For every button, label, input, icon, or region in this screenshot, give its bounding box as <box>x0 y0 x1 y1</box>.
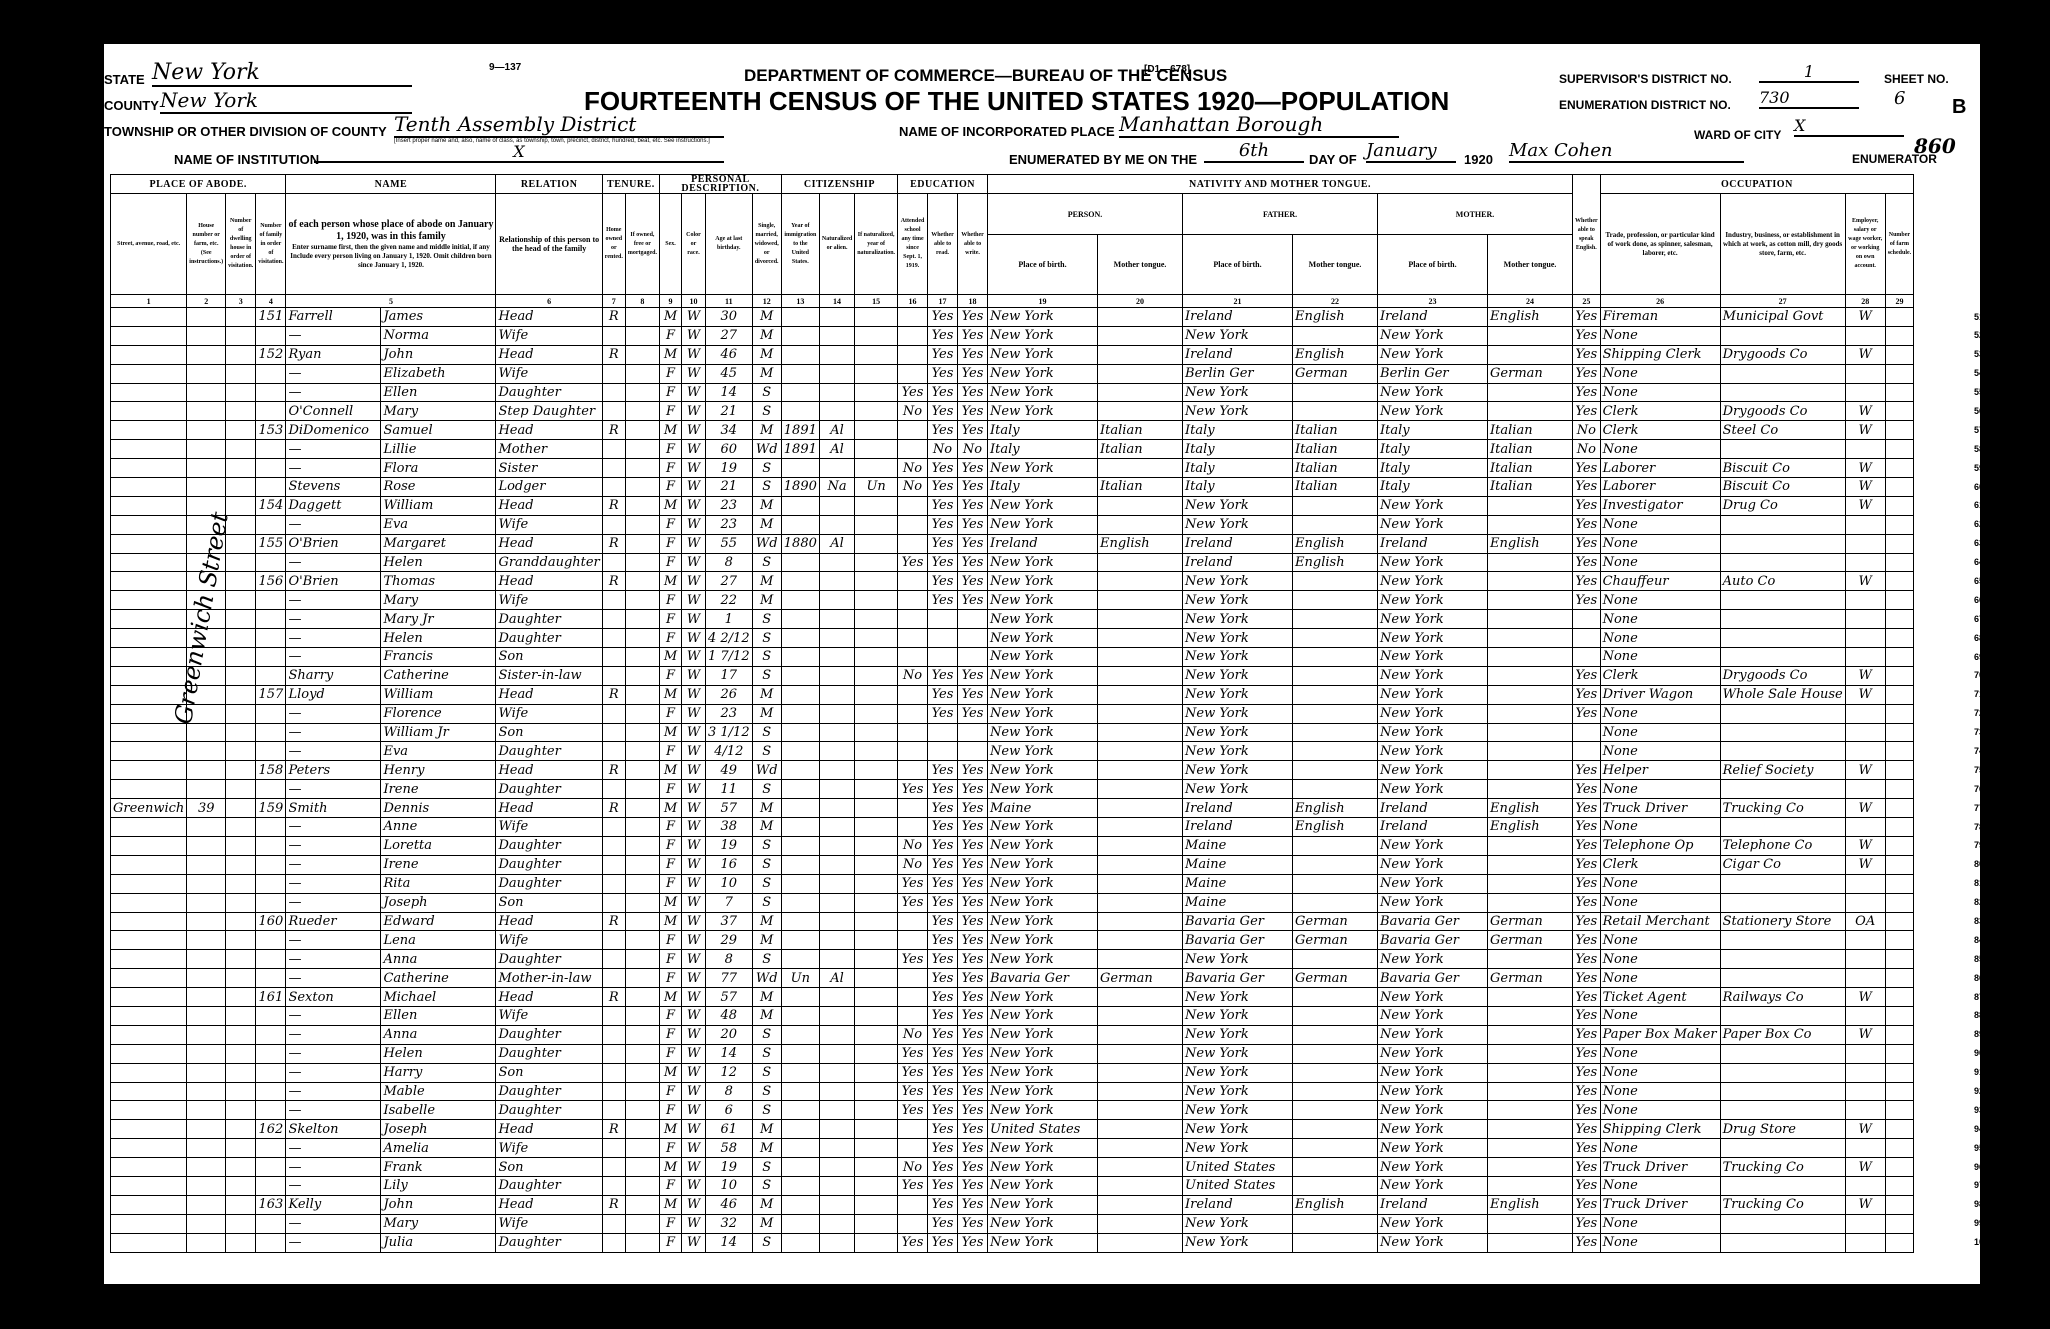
census-table: PLACE OF ABODE. NAME RELATION TENURE. PE… <box>110 174 1914 1253</box>
day-of-label: DAY OF <box>1309 152 1357 167</box>
relation-cell: Daughter <box>496 855 602 874</box>
mother-birthplace-cell: New York <box>1378 950 1488 969</box>
family-number-cell <box>256 1082 286 1101</box>
given-name-cell: Flora <box>381 459 496 478</box>
group-education: EDUCATION <box>898 175 988 194</box>
line-number: 88 <box>1974 1010 1984 1020</box>
father-tongue-cell <box>1293 1101 1378 1120</box>
line-number: 97 <box>1974 1180 1984 1190</box>
mother-tongue-cell <box>1098 402 1183 421</box>
industry-cell <box>1720 969 1845 988</box>
read-cell: Yes <box>928 591 958 610</box>
write-cell: Yes <box>958 364 988 383</box>
immigration-year-cell <box>781 402 819 421</box>
given-name-cell: Rita <box>381 874 496 893</box>
given-name-cell: Eva <box>381 742 496 761</box>
sex-cell: F <box>660 1082 682 1101</box>
tenure-cell <box>602 950 625 969</box>
naturalized-cell <box>819 931 854 950</box>
read-cell: Yes <box>928 326 958 345</box>
col-dwelling: Number of dwelling house in order of vis… <box>226 194 256 295</box>
dwelling-number-cell <box>226 402 256 421</box>
industry-cell: Telephone Co <box>1720 836 1845 855</box>
tenure-cell <box>602 364 625 383</box>
owned-free-cell <box>625 742 659 761</box>
house-number-cell <box>187 1101 226 1120</box>
street-cell <box>111 478 187 497</box>
census-row: 156O'BrienThomasHeadRMW27MYesYesNew York… <box>111 572 1914 591</box>
tenure-cell <box>602 1139 625 1158</box>
read-cell <box>928 629 958 648</box>
father-birthplace-cell: New York <box>1183 402 1293 421</box>
father-birthplace-cell: New York <box>1183 496 1293 515</box>
occupation-code: 658 <box>1996 989 2021 1004</box>
owned-free-cell <box>625 478 659 497</box>
naturalization-year-cell <box>855 383 898 402</box>
birthplace-cell: New York <box>988 648 1098 667</box>
owned-free-cell <box>625 421 659 440</box>
surname-cell: — <box>286 364 381 383</box>
sex-cell: M <box>660 421 682 440</box>
naturalized-cell <box>819 742 854 761</box>
marital-status-cell: M <box>752 931 781 950</box>
owned-free-cell <box>625 1025 659 1044</box>
farm-schedule-cell <box>1885 950 1914 969</box>
relation-cell: Head <box>496 534 602 553</box>
immigration-year-cell <box>781 818 819 837</box>
line-number: 66 <box>1974 595 1984 605</box>
father-birthplace-cell: Maine <box>1183 836 1293 855</box>
column-number-3: 3 <box>226 295 256 308</box>
family-number-cell <box>256 1063 286 1082</box>
relation-cell: Lodger <box>496 478 602 497</box>
house-number-cell <box>187 572 226 591</box>
attended-school-cell <box>898 685 928 704</box>
mother-mother-tongue-cell <box>1488 1120 1573 1139</box>
relation-cell: Head <box>496 496 602 515</box>
col-write: Whether able to write. <box>958 194 988 295</box>
mother-mother-tongue-cell <box>1488 553 1573 572</box>
mother-tongue-cell <box>1098 742 1183 761</box>
attended-school-cell <box>898 421 928 440</box>
family-number-cell <box>256 459 286 478</box>
father-tongue-cell <box>1293 629 1378 648</box>
tenure-cell <box>602 893 625 912</box>
mother-birthplace-cell: New York <box>1378 610 1488 629</box>
col-father-tongue: Mother tongue. <box>1293 235 1378 295</box>
line-number: 75 <box>1974 765 1984 775</box>
occupation-cell: None <box>1600 1006 1720 1025</box>
street-cell <box>111 1082 187 1101</box>
tenure-cell <box>602 1082 625 1101</box>
immigration-year-cell <box>781 1176 819 1195</box>
relation-cell: Son <box>496 1158 602 1177</box>
house-number-cell <box>187 685 226 704</box>
speak-english-cell: Yes <box>1573 1063 1601 1082</box>
mother-mother-tongue-cell <box>1488 1101 1573 1120</box>
marital-status-cell: M <box>752 308 781 327</box>
speak-english-cell: Yes <box>1573 591 1601 610</box>
tenure-cell <box>602 969 625 988</box>
house-number-cell <box>187 893 226 912</box>
incorporated-value: Manhattan Borough <box>1119 112 1399 138</box>
group-nativity: NATIVITY AND MOTHER TONGUE. <box>988 175 1573 194</box>
birthplace-cell: New York <box>988 893 1098 912</box>
farm-schedule-cell <box>1885 799 1914 818</box>
class-of-worker-cell <box>1845 1233 1885 1252</box>
class-of-worker-cell <box>1845 648 1885 667</box>
farm-schedule-cell <box>1885 629 1914 648</box>
birthplace-cell: New York <box>988 818 1098 837</box>
dwelling-number-cell <box>226 780 256 799</box>
sex-cell: F <box>660 666 682 685</box>
class-of-worker-cell: W <box>1845 761 1885 780</box>
class-of-worker-cell: W <box>1845 666 1885 685</box>
surname-cell: — <box>286 629 381 648</box>
race-cell: W <box>682 1101 706 1120</box>
naturalized-cell <box>819 1120 854 1139</box>
immigration-year-cell <box>781 780 819 799</box>
mother-birthplace-cell: Bavaria Ger <box>1378 969 1488 988</box>
attended-school-cell: No <box>898 1158 928 1177</box>
age-cell: 57 <box>706 988 753 1007</box>
mother-tongue-cell <box>1098 988 1183 1007</box>
marital-status-cell: S <box>752 1063 781 1082</box>
birthplace-cell: New York <box>988 723 1098 742</box>
relation-cell: Daughter <box>496 1082 602 1101</box>
line-number: 51 <box>1974 312 1984 322</box>
father-tongue-cell <box>1293 572 1378 591</box>
farm-schedule-cell <box>1885 440 1914 459</box>
column-number-10: 10 <box>682 295 706 308</box>
census-row: —FrankSonMW19SNoYesYesNew YorkUnited Sta… <box>111 1158 1914 1177</box>
sex-cell: F <box>660 383 682 402</box>
sex-cell: M <box>660 761 682 780</box>
family-number-cell: 154 <box>256 496 286 515</box>
house-number-cell <box>187 1158 226 1177</box>
mother-tongue-cell <box>1098 1176 1183 1195</box>
mother-mother-tongue-cell <box>1488 704 1573 723</box>
given-name-cell: Mary <box>381 402 496 421</box>
speak-english-cell <box>1573 742 1601 761</box>
census-row: 163KellyJohnHeadRMW46MYesYesNew YorkIrel… <box>111 1195 1914 1214</box>
mother-tongue-cell <box>1098 1006 1183 1025</box>
speak-english-cell: Yes <box>1573 534 1601 553</box>
marital-status-cell: S <box>752 610 781 629</box>
dwelling-number-cell <box>226 912 256 931</box>
family-number-cell <box>256 704 286 723</box>
father-birthplace-cell: United States <box>1183 1176 1293 1195</box>
industry-cell: Biscuit Co <box>1720 459 1845 478</box>
house-number-cell <box>187 950 226 969</box>
occupation-cell: None <box>1600 1176 1720 1195</box>
industry-cell <box>1720 383 1845 402</box>
line-number: 62 <box>1974 519 1984 529</box>
immigration-year-cell <box>781 1025 819 1044</box>
class-of-worker-cell: W <box>1845 855 1885 874</box>
naturalization-year-cell <box>855 893 898 912</box>
mother-birthplace-cell: Bavaria Ger <box>1378 912 1488 931</box>
street-cell <box>111 780 187 799</box>
occupation-code: 994 <box>1996 422 2021 437</box>
age-cell: 61 <box>706 1120 753 1139</box>
street-cell <box>111 950 187 969</box>
tenure-cell: R <box>602 912 625 931</box>
immigration-year-cell <box>781 345 819 364</box>
birthplace-cell: New York <box>988 553 1098 572</box>
line-number: 56 <box>1974 406 1984 416</box>
mother-birthplace-cell: New York <box>1378 402 1488 421</box>
line-number: 89 <box>1974 1029 1984 1039</box>
read-cell <box>928 723 958 742</box>
family-number-cell <box>256 383 286 402</box>
class-of-worker-cell: W <box>1845 836 1885 855</box>
naturalization-year-cell <box>855 1082 898 1101</box>
speak-english-cell: Yes <box>1573 1158 1601 1177</box>
naturalized-cell <box>819 383 854 402</box>
street-cell <box>111 855 187 874</box>
house-number-cell <box>187 345 226 364</box>
line-number: 94 <box>1974 1124 1984 1134</box>
occupation-cell: None <box>1600 648 1720 667</box>
owned-free-cell <box>625 1176 659 1195</box>
owned-free-cell <box>625 515 659 534</box>
marital-status-cell: S <box>752 402 781 421</box>
immigration-year-cell <box>781 553 819 572</box>
street-cell <box>111 459 187 478</box>
surname-cell: — <box>286 1139 381 1158</box>
census-row: —HelenGranddaughterFW8SYesYesYesNew York… <box>111 553 1914 572</box>
read-cell: Yes <box>928 364 958 383</box>
street-cell <box>111 440 187 459</box>
house-number-cell <box>187 723 226 742</box>
age-cell: 23 <box>706 496 753 515</box>
industry-cell: Municipal Govt <box>1720 308 1845 327</box>
naturalization-year-cell <box>855 326 898 345</box>
census-row: 153DiDomenicoSamuelHeadRMW34M1891AlYesYe… <box>111 421 1914 440</box>
marital-status-cell: M <box>752 1195 781 1214</box>
relation-cell: Head <box>496 685 602 704</box>
relation-cell: Wife <box>496 931 602 950</box>
race-cell: W <box>682 1025 706 1044</box>
race-cell: W <box>682 308 706 327</box>
given-name-cell: Francis <box>381 648 496 667</box>
relation-cell: Head <box>496 1120 602 1139</box>
mother-birthplace-cell: New York <box>1378 1082 1488 1101</box>
class-of-worker-cell: OA <box>1845 912 1885 931</box>
occupation-cell: None <box>1600 1101 1720 1120</box>
mother-tongue-cell <box>1098 1195 1183 1214</box>
line-number: 59 <box>1974 463 1984 473</box>
given-name-cell: Anna <box>381 1025 496 1044</box>
naturalized-cell <box>819 761 854 780</box>
census-row: —IreneDaughterFW11SYesYesYesNew YorkNew … <box>111 780 1914 799</box>
mother-mother-tongue-cell <box>1488 723 1573 742</box>
census-row: —William JrSonMW3 1/12SNew YorkNew YorkN… <box>111 723 1914 742</box>
sex-cell: M <box>660 1158 682 1177</box>
farm-schedule-cell <box>1885 893 1914 912</box>
father-birthplace-cell: New York <box>1183 1063 1293 1082</box>
column-number-11: 11 <box>706 295 753 308</box>
father-birthplace-cell: New York <box>1183 1006 1293 1025</box>
race-cell: W <box>682 459 706 478</box>
census-row: O'ConnellMaryStep DaughterFW21SNoYesYesN… <box>111 402 1914 421</box>
read-cell: Yes <box>928 969 958 988</box>
farm-schedule-cell <box>1885 1176 1914 1195</box>
surname-cell: — <box>286 818 381 837</box>
farm-schedule-cell <box>1885 988 1914 1007</box>
write-cell: Yes <box>958 534 988 553</box>
read-cell: Yes <box>928 780 958 799</box>
mother-tongue-cell <box>1098 459 1183 478</box>
dwelling-number-cell <box>226 1120 256 1139</box>
column-number-27: 27 <box>1720 295 1845 308</box>
father-tongue-cell <box>1293 761 1378 780</box>
speak-english-cell: Yes <box>1573 666 1601 685</box>
tenure-cell <box>602 553 625 572</box>
class-of-worker-cell: W <box>1845 459 1885 478</box>
marital-status-cell: S <box>752 459 781 478</box>
census-row: —EvaDaughterFW4/12SNew YorkNew YorkNew Y… <box>111 742 1914 761</box>
marital-status-cell: S <box>752 1101 781 1120</box>
farm-schedule-cell <box>1885 345 1914 364</box>
age-cell: 45 <box>706 364 753 383</box>
class-of-worker-cell: W <box>1845 988 1885 1007</box>
street-cell <box>111 836 187 855</box>
read-cell: Yes <box>928 988 958 1007</box>
race-cell: W <box>682 742 706 761</box>
mother-birthplace-cell: New York <box>1378 496 1488 515</box>
write-cell: Yes <box>958 988 988 1007</box>
given-name-cell: John <box>381 345 496 364</box>
sex-cell: F <box>660 1139 682 1158</box>
attended-school-cell: No <box>898 855 928 874</box>
enumerated-label: ENUMERATED BY ME ON THE <box>1009 152 1197 167</box>
house-number-cell <box>187 818 226 837</box>
attended-school-cell <box>898 308 928 327</box>
immigration-year-cell <box>781 704 819 723</box>
father-tongue-cell <box>1293 326 1378 345</box>
surname-cell: — <box>286 553 381 572</box>
race-cell: W <box>682 383 706 402</box>
father-tongue-cell <box>1293 1120 1378 1139</box>
industry-cell: Auto Co <box>1720 572 1845 591</box>
column-number-13: 13 <box>781 295 819 308</box>
mother-birthplace-cell: New York <box>1378 836 1488 855</box>
owned-free-cell <box>625 1214 659 1233</box>
birthplace-cell: New York <box>988 855 1098 874</box>
surname-cell: O'Connell <box>286 402 381 421</box>
birthplace-cell: New York <box>988 383 1098 402</box>
census-row: —IreneDaughterFW16SNoYesYesNew YorkMaine… <box>111 855 1914 874</box>
house-number-cell <box>187 421 226 440</box>
race-cell: W <box>682 893 706 912</box>
relation-cell: Mother-in-law <box>496 969 602 988</box>
mother-tongue-cell <box>1098 1139 1183 1158</box>
naturalization-year-cell <box>855 345 898 364</box>
given-name-cell: Ellen <box>381 1006 496 1025</box>
birthplace-cell: New York <box>988 931 1098 950</box>
tenure-cell <box>602 591 625 610</box>
father-birthplace-cell: Italy <box>1183 421 1293 440</box>
class-of-worker-cell: W <box>1845 345 1885 364</box>
read-cell: Yes <box>928 799 958 818</box>
occupation-code: 994 <box>1996 403 2021 418</box>
line-number: 78 <box>1974 822 1984 832</box>
write-cell: Yes <box>958 818 988 837</box>
relation-cell: Daughter <box>496 950 602 969</box>
marital-status-cell: S <box>752 478 781 497</box>
class-of-worker-cell: W <box>1845 1025 1885 1044</box>
family-number-cell <box>256 364 286 383</box>
owned-free-cell <box>625 1195 659 1214</box>
father-birthplace-cell: New York <box>1183 666 1293 685</box>
owned-free-cell <box>625 723 659 742</box>
surname-cell: Peters <box>286 761 381 780</box>
sex-cell: F <box>660 1176 682 1195</box>
sex-cell: F <box>660 950 682 969</box>
immigration-year-cell <box>781 950 819 969</box>
mother-mother-tongue-cell <box>1488 761 1573 780</box>
industry-cell: Trucking Co <box>1720 799 1845 818</box>
farm-schedule-cell <box>1885 515 1914 534</box>
name-desc2: Enter surname first, then the given name… <box>288 243 493 252</box>
class-of-worker-cell <box>1845 1139 1885 1158</box>
ed-label: ENUMERATION DISTRICT NO. <box>1559 98 1731 112</box>
write-cell: Yes <box>958 969 988 988</box>
naturalized-cell <box>819 326 854 345</box>
father-tongue-cell <box>1293 1082 1378 1101</box>
relation-cell: Wife <box>496 1139 602 1158</box>
street-cell <box>111 421 187 440</box>
line-number: 95 <box>1974 1143 1984 1153</box>
birthplace-cell: New York <box>988 1101 1098 1120</box>
surname-cell: — <box>286 874 381 893</box>
speak-english-cell: Yes <box>1573 1195 1601 1214</box>
ward-label: WARD OF CITY <box>1694 128 1781 142</box>
line-number: 91 <box>1974 1067 1984 1077</box>
naturalization-year-cell <box>855 685 898 704</box>
immigration-year-cell <box>781 610 819 629</box>
read-cell: Yes <box>928 931 958 950</box>
marital-status-cell: S <box>752 553 781 572</box>
age-cell: 34 <box>706 421 753 440</box>
surname-cell: Farrell <box>286 308 381 327</box>
marital-status-cell: S <box>752 836 781 855</box>
dwelling-number-cell <box>226 496 256 515</box>
industry-cell <box>1720 364 1845 383</box>
attended-school-cell <box>898 912 928 931</box>
occupation-cell: Ticket Agent <box>1600 988 1720 1007</box>
census-row: —LilyDaughterFW10SYesYesYesNew YorkUnite… <box>111 1176 1914 1195</box>
marital-status-cell: M <box>752 704 781 723</box>
sex-cell: M <box>660 572 682 591</box>
census-row: —FlorenceWifeFW23MYesYesNew YorkNew York… <box>111 704 1914 723</box>
dwelling-number-cell <box>226 1214 256 1233</box>
column-number-24: 24 <box>1488 295 1573 308</box>
marital-status-cell: S <box>752 1025 781 1044</box>
given-name-cell: Irene <box>381 780 496 799</box>
read-cell: Yes <box>928 1214 958 1233</box>
industry-cell <box>1720 648 1845 667</box>
industry-cell: Drygoods Co <box>1720 402 1845 421</box>
farm-schedule-cell <box>1885 742 1914 761</box>
relation-cell: Daughter <box>496 1176 602 1195</box>
class-of-worker-cell: W <box>1845 421 1885 440</box>
mother-tongue-cell <box>1098 1233 1183 1252</box>
father-birthplace-cell: New York <box>1183 1101 1293 1120</box>
race-cell: W <box>682 950 706 969</box>
